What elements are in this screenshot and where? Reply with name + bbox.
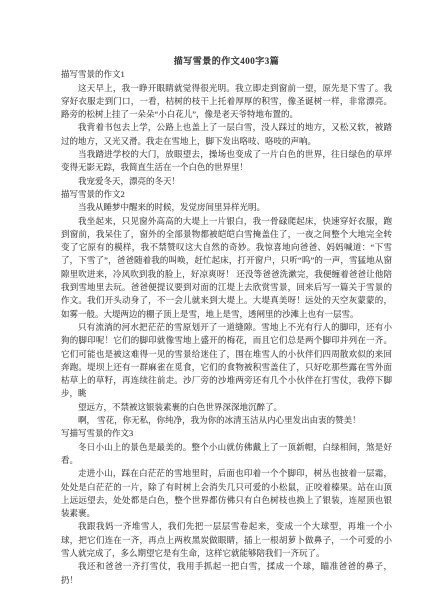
paragraph: 走进小山，踩在白茫茫的雪地里时，后面也印着一个个脚印，树丛也披着一层霜，处处是白… [61,467,392,520]
paragraph: 当我从睡梦中醒来的时候，发觉房间里异样光明。 [61,201,392,214]
paragraph: 这天早上，我一睁开眼睛就觉得很光明。我立即走到窗前一望，原先是下雪了。我穿好衣服… [61,82,392,122]
paragraph: 望远方，不禁被这银装素裹的白色世界深深地沉醉了。 [61,401,392,414]
section-heading: 写描写雪景的作文3 [61,427,392,440]
paragraph: 我坐起来，只见窗外高高的大堤上一片银白，我一骨碌爬起床，快速穿好衣服，跑到窗前，… [61,215,392,321]
document-body: 描写雪景的作文1这天早上，我一睁开眼睛就觉得很光明。我立即走到窗前一望，原先是下… [61,68,392,587]
document-page: 描写雪景的作文400字3篇 描写雪景的作文1这天早上，我一睁开眼睛就觉得很光明。… [0,0,424,600]
paragraph: 我背着书包去上学，公路上也盖上了一层白雪，没人踩过的地方，又松又软，被踏过的地方… [61,121,392,148]
paragraph: 只有流淌的河水把茫茫的雪原划开了一道缝隙。雪地上不光有行人的脚印，还有小狗的脚印… [61,321,392,401]
section-heading: 描写雪景的作文2 [61,188,392,201]
paragraph: 我还和爸爸一齐打雪仗，我用手抓起一把白雪，揉成一个球，瞄准爸爸的鼻子，扔！ [61,560,392,587]
document-content: 描写雪景的作文400字3篇 描写雪景的作文1这天早上，我一睁开眼睛就觉得很光明。… [61,55,392,587]
section-heading: 描写雪景的作文1 [61,68,392,81]
paragraph: 冬日小山上的景色是最美的。整个小山就仿佛戴上了一顶新帽，白绿相间，煞是好看。 [61,441,392,468]
paragraph: 我跟我妈一齐堆雪人，我们先把一层层雪卷起来，变成一个大球型，再堆一个小球，把它们… [61,520,392,560]
paragraph: 啊， 雪花，你无私，你纯净，我为你的冰清玉洁从内心里发出由衷的赞美！ [61,414,392,427]
paragraph: 当我踏进学校的大门，放眼望去，操场也变成了一片白色的世界，往日绿色的草坪变得无影… [61,148,392,175]
page-title: 描写雪景的作文400字3篇 [61,55,392,68]
paragraph: 我宠爱冬天，漂亮的冬天！ [61,175,392,188]
